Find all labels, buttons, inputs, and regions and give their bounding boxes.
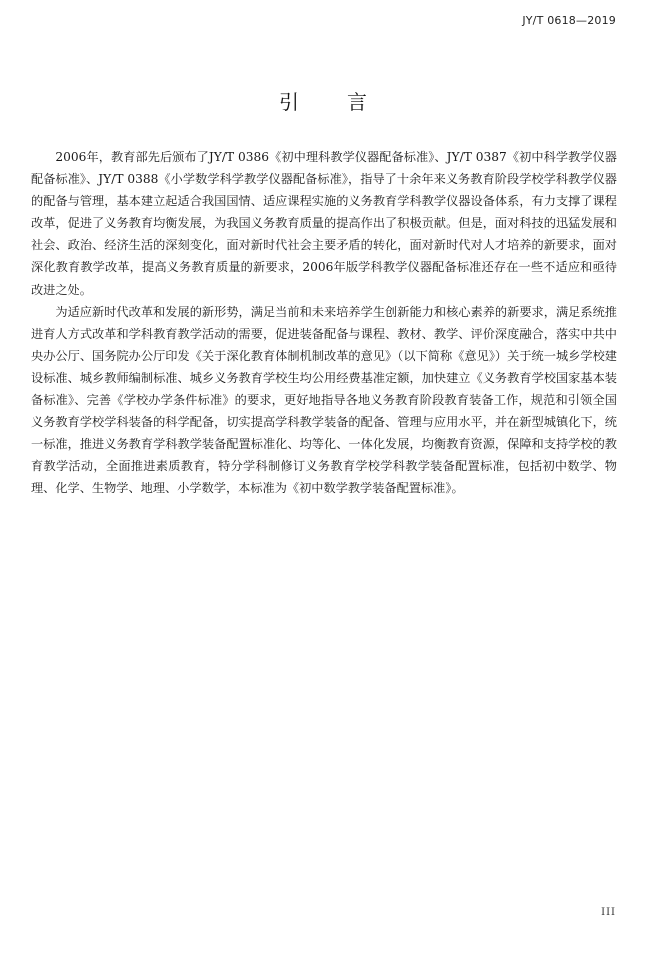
page-title-char-1: 引 <box>279 86 299 115</box>
page-title-char-2: 言 <box>347 86 367 115</box>
introduction-body: 2006年，教育部先后颁布了JY/T 0386《初中理科教学仪器配备标准》、JY… <box>31 146 617 500</box>
page-number: III <box>601 907 616 918</box>
page-title: 引言 <box>0 86 646 115</box>
paragraph-2: 为适应新时代改革和发展的新形势，满足当前和未来培养学生创新能力和核心素养的新要求… <box>31 301 617 500</box>
standard-code: JY/T 0618—2019 <box>522 14 616 27</box>
paragraph-1: 2006年，教育部先后颁布了JY/T 0386《初中理科教学仪器配备标准》、JY… <box>31 146 617 301</box>
